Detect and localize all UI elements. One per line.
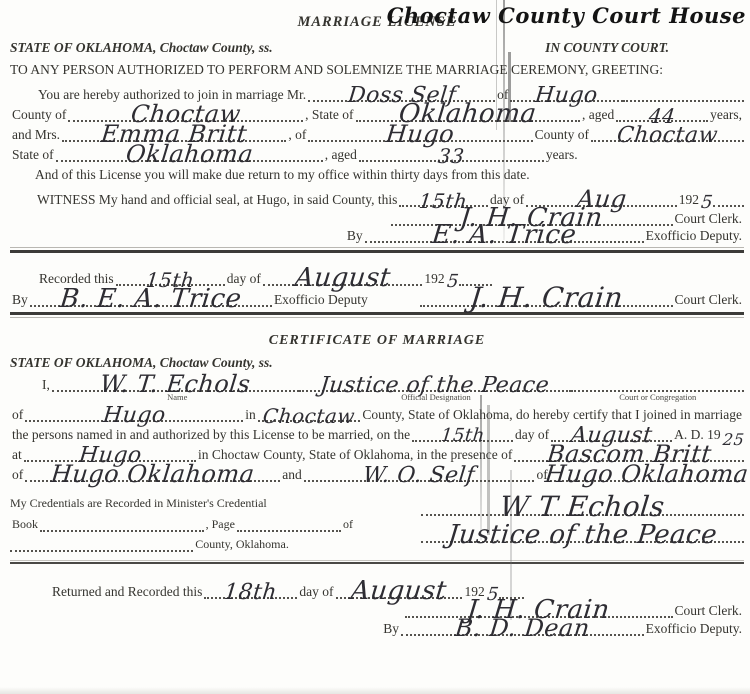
officiant-designation-field: Justice of the Peace — [299, 375, 571, 392]
years-label: years. — [544, 147, 580, 162]
recorded-month: August — [294, 269, 392, 287]
year-printed-label: 192 — [677, 192, 701, 207]
bride-city: Hugo — [386, 126, 456, 143]
recorded-clerk-signature: J. H. Crain — [469, 288, 624, 308]
witness1-residence-field: Hugo Oklahoma — [25, 463, 280, 482]
bride-line: and Mrs. Emma Britt , of Hugo County of … — [10, 122, 744, 142]
license-state-line: STATE OF OKLAHOMA, Choctaw County, ss. — [10, 40, 273, 56]
groom-city: Hugo — [534, 88, 598, 103]
marriage-day-field: 15th — [412, 427, 513, 442]
witness2-residence-field: Hugo Oklahoma — [550, 463, 744, 482]
year-printed-label: 192 — [422, 271, 446, 286]
persons-clause: the persons named in and authorized by t… — [10, 427, 412, 442]
state-of-label: State of — [10, 147, 56, 162]
officiant-title-line: Justice of the Peace — [421, 516, 744, 543]
dotted-fill — [623, 100, 745, 102]
exofficio-deputy-label: Exofficio Deputy. — [644, 228, 744, 243]
bride-county-field: Choctaw — [591, 125, 744, 142]
recorded-year: 5 — [446, 276, 459, 289]
returned-line: Returned and Recorded this 18th day of A… — [10, 575, 744, 599]
officiant-name-field: W. T. Echols — [52, 373, 299, 392]
of-label: of — [341, 517, 355, 532]
marriage-license-document: Choctaw County Court House MARRIAGE LICE… — [0, 0, 750, 694]
witness2-field: W. O. Self — [304, 465, 535, 482]
in-label: in — [243, 407, 258, 422]
and-mrs-label: and Mrs. — [10, 127, 62, 142]
bride-county: Choctaw — [616, 128, 718, 143]
witnesses-residence-line: of Hugo Oklahoma and W. O. Self of Hugo … — [10, 462, 744, 482]
aged-label: , aged — [580, 107, 616, 122]
returned-month-field: August — [336, 579, 463, 599]
witness-year: 5 — [700, 197, 713, 210]
groom-line: You are hereby authorized to join in mar… — [10, 82, 744, 102]
certify-clause: County, State of Oklahoma, do hereby cer… — [360, 407, 744, 422]
credentials-text: My Credentials are Recorded in Minister'… — [10, 496, 355, 512]
day-of-label: day of — [297, 584, 335, 599]
county-of-label: County of — [533, 127, 591, 142]
officiant-residence-line: of Hugo in Choctaw County, State of Okla… — [10, 403, 744, 422]
witness-label: WITNESS My hand and official seal, at Hu… — [35, 192, 399, 207]
returned-label: Returned and Recorded this — [50, 584, 204, 599]
returned-day-field: 18th — [204, 582, 297, 599]
officiant-name: W. T. Echols — [99, 376, 251, 393]
county-oklahoma-label: County, Oklahoma. — [193, 537, 291, 552]
officiant-signature-block: W T Echols Justice of the Peace — [421, 496, 744, 543]
and-label: and — [280, 467, 304, 482]
county-field — [10, 550, 193, 552]
marriage-place-line: at Hugo in Choctaw County, State of Okla… — [10, 442, 744, 462]
of-label: , of — [286, 127, 308, 142]
bride-age-field: 33 — [359, 146, 544, 162]
of-label: of — [10, 467, 25, 482]
officiant-title-field: Justice of the Peace — [421, 523, 744, 543]
witness2-name: W. O. Self — [362, 468, 475, 483]
court-clerk-label: Court Clerk. — [673, 603, 745, 618]
county-of-label: County of — [10, 107, 68, 122]
recorded-line: Recorded this 15th day of August 192 5 — [10, 264, 744, 286]
officiant-line: I, W. T. Echols Justice of the Peace — [10, 373, 744, 392]
day-of-label: day of — [513, 427, 551, 442]
witness1-residence: Hugo Oklahoma — [50, 466, 255, 483]
county-line: County, Oklahoma. — [10, 536, 355, 552]
by-label: By — [345, 228, 365, 243]
license-court-line: IN COUNTY COURT. — [545, 40, 669, 56]
marriage-year: 25 — [722, 434, 745, 445]
years-label: years, — [708, 107, 744, 122]
bride-state-field: Oklahoma — [56, 143, 323, 162]
officiant-signature-line: W T Echols — [421, 496, 744, 516]
book-field — [40, 530, 204, 532]
deputy-signature-line: By E. A. Trice Exofficio Deputy. — [10, 226, 744, 243]
scan-edge-shadow — [0, 687, 750, 694]
page-field — [237, 530, 341, 532]
aged-label: , aged — [323, 147, 359, 162]
groom-age: 44 — [648, 109, 676, 123]
by-label: By — [381, 621, 401, 636]
recorded-deputy-field: B. E. A. Trice — [30, 287, 272, 307]
book-label: Book — [10, 517, 40, 532]
of-label: of — [10, 407, 25, 422]
section-rule — [10, 560, 744, 564]
credentials-left: My Credentials are Recorded in Minister'… — [10, 496, 355, 552]
witness-line: WITNESS My hand and official seal, at Hu… — [10, 186, 744, 207]
returned-month: August — [350, 582, 448, 600]
bride-state: Oklahoma — [125, 146, 254, 163]
officiant-designation: Justice of the Peace — [320, 378, 551, 393]
at-label: at — [10, 447, 24, 462]
groom-age-field: 44 — [616, 106, 708, 122]
page-label: , Page — [204, 517, 237, 532]
witness2-residence: Hugo Oklahoma — [544, 466, 749, 483]
returned-deputy-signature: B. D. Dean — [454, 620, 591, 637]
exofficio-deputy-label: Exofficio Deputy. — [644, 621, 744, 636]
annotation-court-house: Choctaw County Court House — [387, 3, 746, 28]
returned-day: 18th — [224, 585, 279, 600]
exofficio-deputy-label: Exofficio Deputy — [272, 292, 370, 307]
marriage-day: 15th — [440, 430, 485, 443]
recorded-month-field: August — [263, 266, 423, 286]
officiant-city-field: Hugo — [25, 405, 243, 422]
officiant-signature: W T Echols — [499, 497, 666, 517]
court-clerk-label: Court Clerk. — [673, 292, 745, 307]
certificate-title: CERTIFICATE OF MARRIAGE — [10, 333, 744, 349]
officiant-county: Choctaw — [262, 409, 355, 423]
officiant-title: Justice of the Peace — [447, 526, 718, 544]
officiant-city: Hugo — [102, 408, 166, 423]
deputy-signature: E. A. Trice — [431, 226, 577, 244]
return-clause: And of this License you will make due re… — [35, 167, 530, 182]
dotted-fill — [713, 205, 744, 207]
book-page-line: Book , Page of — [10, 516, 355, 532]
court-clerk-label: Court Clerk. — [673, 211, 745, 226]
court-congregation-sublabel: Court or Congregation — [572, 392, 745, 402]
officiant-county-field: Choctaw — [258, 406, 361, 422]
recorded-deputy-signature: B. E. A. Trice — [59, 290, 242, 308]
officiant-signature-field: W T Echols — [421, 494, 744, 516]
certificate-state-line: STATE OF OKLAHOMA, Choctaw County, ss. — [10, 355, 744, 371]
returned-deputy-line: By B. D. Dean Exofficio Deputy. — [10, 618, 744, 636]
state-of-label: , State of — [303, 107, 355, 122]
credentials-block: My Credentials are Recorded in Minister'… — [10, 496, 744, 552]
i-label: I, — [40, 377, 52, 392]
bride-age: 33 — [437, 149, 465, 163]
section-rule — [10, 247, 744, 253]
by-label: By — [10, 292, 30, 307]
license-greeting: TO ANY PERSON AUTHORIZED TO PERFORM AND … — [10, 62, 744, 78]
